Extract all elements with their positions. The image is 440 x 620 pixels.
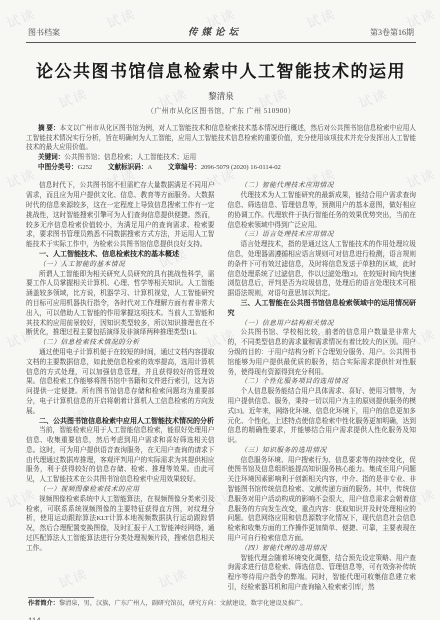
sub-heading: （二）信息检索技术情况的分析 <box>26 338 215 348</box>
left-column: 信息时代下，公共图书馆不但需贮存大量数据满足不同用户需求，而且应为用户提供文化、… <box>26 181 215 592</box>
paragraph: 当前，智能检索应用于人工智能信息检索，能很好处理用户信息、收集重要信息，然后考虑… <box>26 426 215 485</box>
abstract-label: 摘 要： <box>38 125 60 132</box>
journal-page: 试读试读试读试读试读试读试读试读试读试读试读试读试读试读试读试读试读试读试读试读… <box>0 0 440 620</box>
author-bio-footnote: 作者简介：黎清泉，男，汉族，广东广州人，副研究馆员，研究方向：文献建设、数字化建… <box>26 600 416 609</box>
paragraph: 代理技术为人工智能研究的最新成果，能结合用户需求查询信息、筛选信息、管理信息等，… <box>228 191 417 230</box>
clc-number: 中图分类号：G252 <box>38 164 92 171</box>
body-columns: 信息时代下，公共图书馆不但需贮存大量数据满足不同用户需求，而且应为用户提供文化、… <box>26 181 416 592</box>
meta-line: 中图分类号：G252 文献标识码：A 文章编号：2096-5079 (2020)… <box>26 163 416 173</box>
right-column: （二）智能代理技术应用情况代理技术为人工智能研究的最新成果，能结合用户需求查询信… <box>228 181 417 592</box>
paragraph: 视频图像检索系统中人工智能算法，在视频图像分类索引及检索，可联系系统视频图像的主… <box>26 495 215 554</box>
author-name: 黎清泉 <box>26 90 416 102</box>
paragraph: 公共图书馆、学校相比较，前者的信息用户数量是非常大的，不同类型信息的需求量和需求… <box>228 328 417 377</box>
keywords-text: 公共图书馆；信息检索；人工智能技术；运用 <box>64 154 196 161</box>
paragraph: 个人信息服务能结合用户具体需求、喜好、使用习惯等，为用户提供信息、服务，秉持一切… <box>228 387 417 446</box>
keywords-line: 关键词：公共图书馆；信息检索；人工智能技术；运用 <box>26 153 416 163</box>
paragraph: 信息时代下，公共图书馆不但需贮存大量数据满足不同用户需求，而且应为用户提供文化、… <box>26 181 215 250</box>
header-section-name: 图书档案 <box>28 27 60 38</box>
footnote-text: 黎清泉，男，汉族，广东广州人，副研究馆员，研究方向：文献建设、数字化建设及推广。 <box>59 600 307 607</box>
keywords-label: 关键词： <box>38 154 64 161</box>
volume-issue: 第3卷第16期 <box>370 27 414 38</box>
sub-heading: （一）人工智能的基本情况 <box>26 260 215 270</box>
paragraph: 语言处理技术，指的是通过这人工智能技术的作用处理垃圾信息，处理器需遵循相应语言规… <box>228 240 417 299</box>
page-number: 114 <box>28 615 416 620</box>
article-id: 文章编号：2096-5079 (2020) 16-0114-02 <box>168 164 281 171</box>
page-content: 图书档案 传媒论坛 第3卷第16期 论公共图书馆信息检索中人工智能技术的运用 黎… <box>0 0 440 620</box>
journal-header: 图书档案 传媒论坛 第3卷第16期 <box>26 24 416 43</box>
section-heading: 一、人工智能技术、信息检索技术的基本概述 <box>26 250 215 260</box>
sub-heading: （一）信息用户结构相关情况 <box>228 319 417 329</box>
paragraph: 通过使用电子计算机便于在较短的时间，通过文档内容提取文档的主要数据信息，如此使信… <box>26 348 215 417</box>
paragraph: 信息服务环境、用户搜索行为、信息要求等的持续变化，促使图书馆及信息组织能提高知识… <box>228 456 417 544</box>
sub-heading: （一）视频图像检索技术的应用 <box>26 485 215 495</box>
journal-name: 传媒论坛 <box>188 24 242 38</box>
section-heading: 二、公共图书馆信息检索中应用人工智能技术情况的分析 <box>26 417 215 427</box>
abstract-text: 本文以广州市从化区图书馆为例，对人工智能技术和信息检索技术基本情况进行概述，然后… <box>26 125 416 151</box>
paragraph: 智能代理会随着环境变化调整，结合预先设定策略、用户查询需求进行信息检索、筛选信息… <box>228 554 417 593</box>
sub-heading: （二）智能代理技术应用情况 <box>228 181 417 191</box>
sub-heading: （四）智能代理的选用情况 <box>228 544 417 554</box>
sub-heading: （二）个性化服务项目的选用情况 <box>228 377 417 387</box>
abstract-block: 摘 要：本文以广州市从化区图书馆为例，对人工智能技术和信息检索技术基本情况进行概… <box>26 124 416 153</box>
document-code: 文献标识码：A <box>108 164 152 171</box>
paragraph: 所谓人工智能即为相关研究人员研究的具有挑战性科学，需要工作人员掌握相关计算机、心… <box>26 270 215 339</box>
sub-heading: （三）知识服务的选用情况 <box>228 446 417 456</box>
article-title: 论公共图书馆信息检索中人工智能技术的运用 <box>26 57 416 82</box>
sub-heading: （三）语言处理技术应用情况 <box>228 230 417 240</box>
section-heading: 三、人工智能在公共图书馆信息检索领域中的运用情况研究 <box>228 299 417 319</box>
footnote-label: 作者简介： <box>28 600 59 607</box>
footnote-rule <box>28 597 94 598</box>
abstract-paragraph: 摘 要：本文以广州市从化区图书馆为例，对人工智能技术和信息检索技术基本情况进行概… <box>26 124 416 153</box>
author-affiliation: （广州市从化区图书馆，广东 广州 510900） <box>26 106 416 116</box>
